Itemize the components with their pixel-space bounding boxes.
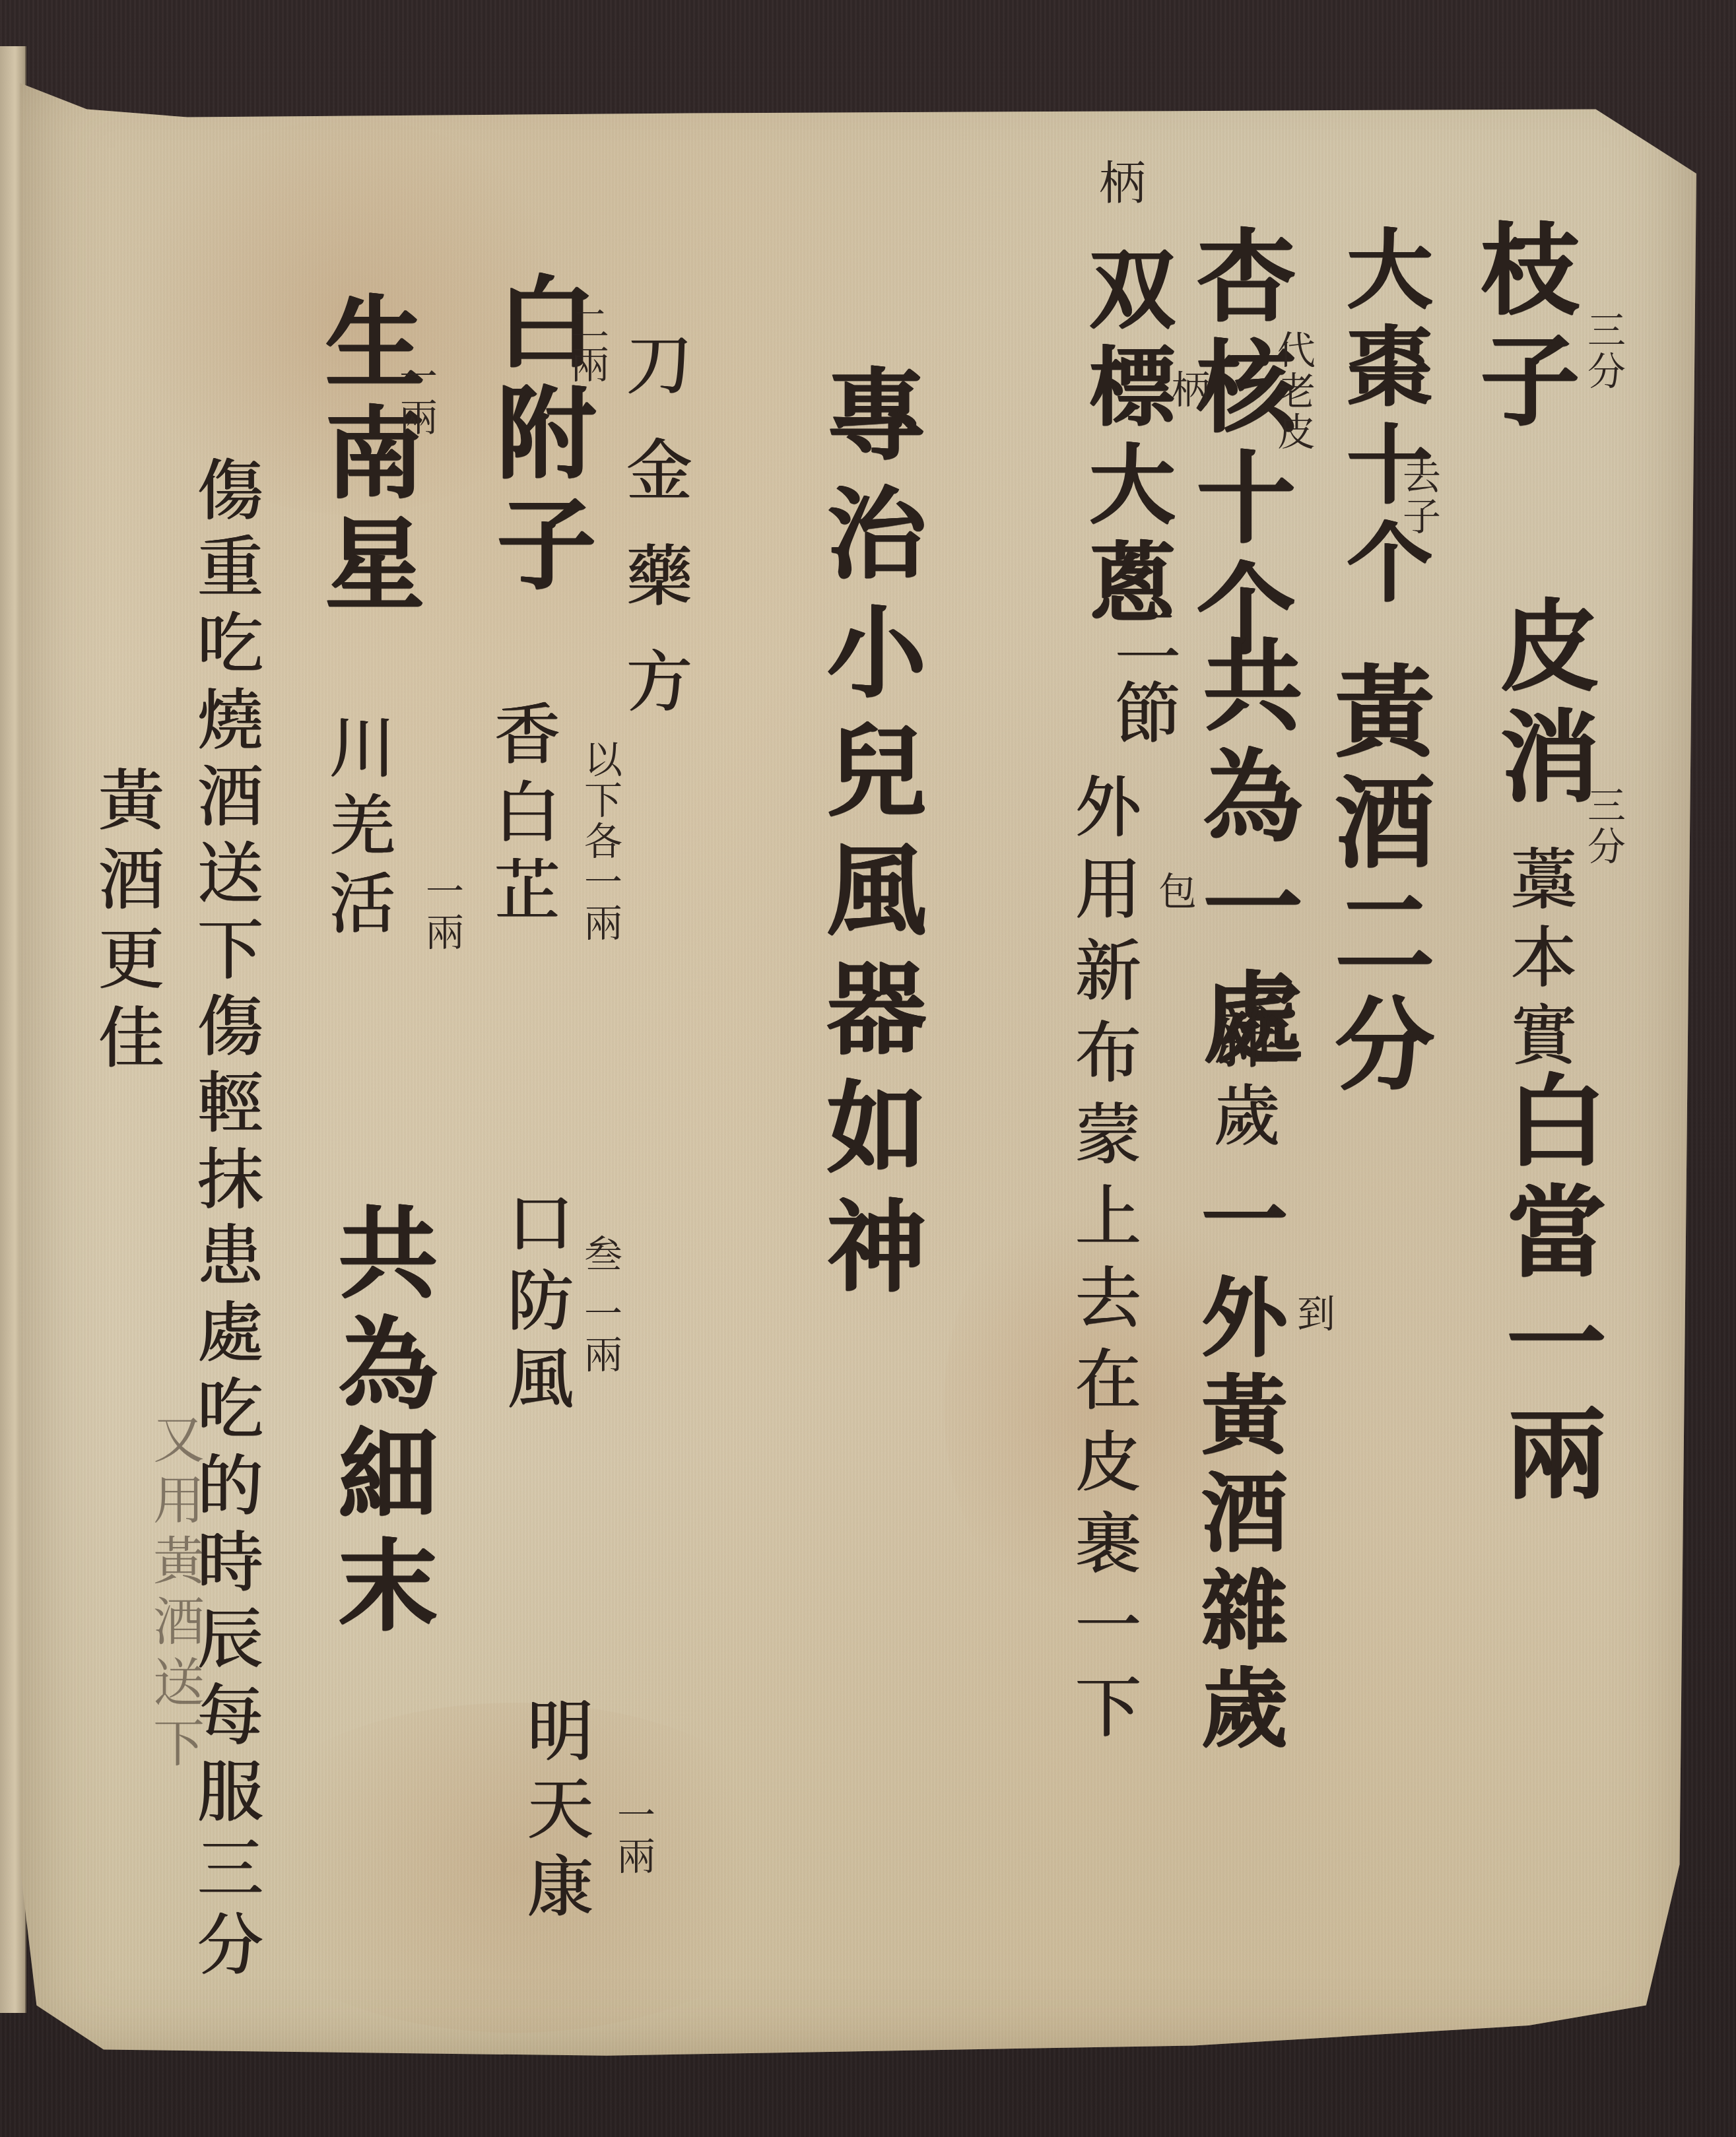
column-3-note-2: 到 bbox=[1294, 1294, 1332, 1334]
column-2-text: 大棗十个 bbox=[1340, 224, 1426, 615]
paper-stain bbox=[218, 1703, 812, 2033]
column-4-note-3: 包 bbox=[1155, 871, 1193, 912]
column-8-text-top: 生南星 bbox=[317, 290, 416, 623]
column-1-note-2: 三分 bbox=[1584, 785, 1622, 867]
column-1-text-top: 枝子 bbox=[1472, 218, 1571, 440]
column-7-note-5: 一兩 bbox=[614, 1795, 652, 1877]
column-10-text: 黃酒更佳 bbox=[92, 766, 158, 1082]
column-11-text: 又用黃酒送下 bbox=[149, 1412, 200, 1777]
column-4-note-2: 柄 bbox=[1168, 370, 1207, 411]
column-7-note-3: 叁 bbox=[581, 1234, 619, 1275]
column-1-note-1: 三分 bbox=[1584, 310, 1622, 392]
recipe-title: 刀金藥方 bbox=[620, 330, 686, 752]
column-4-text-sub: 二節 bbox=[1109, 601, 1175, 756]
column-2-note: 去子 bbox=[1399, 455, 1438, 537]
column-8-text-mid: 川羌活 bbox=[323, 713, 389, 946]
column-7-note-4: 一兩 bbox=[581, 1294, 619, 1375]
column-8-text-bottom: 共為細末 bbox=[330, 1201, 429, 1645]
column-2-text-bottom: 黃酒二分 bbox=[1327, 660, 1426, 1103]
column-7-note-1: 二兩 bbox=[568, 304, 606, 385]
column-7-text-bottom: 明天康 bbox=[521, 1696, 587, 1930]
column-1-text-mid: 皮消 bbox=[1492, 594, 1591, 816]
column-7-note-2: 以下各一兩 bbox=[581, 739, 619, 944]
column-7-text-lower: 口防風 bbox=[502, 1188, 568, 1422]
column-1-text-sub: 藁本實 bbox=[1505, 845, 1571, 1078]
column-7-text-mid: 香白芷 bbox=[488, 700, 554, 933]
column-8-note-1: 一兩 bbox=[396, 356, 434, 438]
column-3-text-sub: 雜歲 bbox=[1208, 1003, 1274, 1159]
column-3-text-bottom: 一外黃酒雜歲 bbox=[1195, 1175, 1281, 1761]
column-4-text: 双標大蔥 bbox=[1083, 244, 1168, 635]
column-4-note-1: 柄 bbox=[1096, 158, 1142, 207]
column-3-note-1: 代老皮 bbox=[1274, 330, 1312, 453]
column-1-text-bottom: 白當一兩 bbox=[1498, 1069, 1597, 1513]
column-4-text-bottom: 外用新布蒙上去在皮裹一下 bbox=[1069, 772, 1135, 1754]
column-5-text: 專治小兒風器如神 bbox=[818, 363, 918, 1313]
column-8-note-2: 一兩 bbox=[422, 871, 461, 953]
